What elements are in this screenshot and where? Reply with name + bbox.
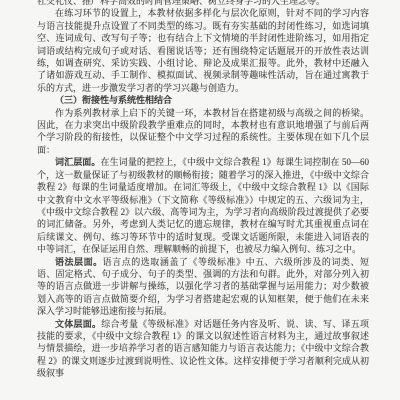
- paragraph-vocabulary: 词汇层面。在生词量的把控上，《中级中文综合教程 1》每课生词控制在 50—60 …: [37, 156, 369, 255]
- section-heading: （三）衔接性与系统性相结合: [37, 94, 369, 106]
- lead-label-grammar: 语法层面。: [55, 257, 103, 267]
- paragraph-bridge: 作为系列教材承上启下的关键一环，本教材旨在搭建初级与高级之间的桥梁。因此，在力求…: [37, 107, 369, 157]
- paragraph-top-fragment: 社交礼仪、推广科学高效的时间管理策略、树立终身学习的人生理念等。: [37, 0, 369, 7]
- paragraph-vocabulary-text: 在生词量的把控上，《中级中文综合教程 1》每课生词控制在 50—60 个，这一数…: [37, 157, 369, 254]
- paragraph-grammar: 语法层面。语言点的选取涵盖了《等级标准》中五、六级所涉及的词类、短语、固定格式、…: [37, 256, 369, 318]
- paragraph-exercises: 在练习环节的设置上，本教材依据多样化与层次化原则，针对不同的学习内容与语言技能提…: [37, 7, 369, 94]
- lead-label-vocabulary: 词汇层面。: [55, 157, 101, 167]
- paragraph-style: 文体层面。综合考量《等级标准》对话题任务内容及听、说、读、写、译五项技能的要求，…: [37, 318, 369, 380]
- lead-label-style: 文体层面。: [55, 319, 101, 329]
- document-page: 社交礼仪、推广科学高效的时间管理策略、树立终身学习的人生理念等。 在练习环节的设…: [0, 0, 400, 400]
